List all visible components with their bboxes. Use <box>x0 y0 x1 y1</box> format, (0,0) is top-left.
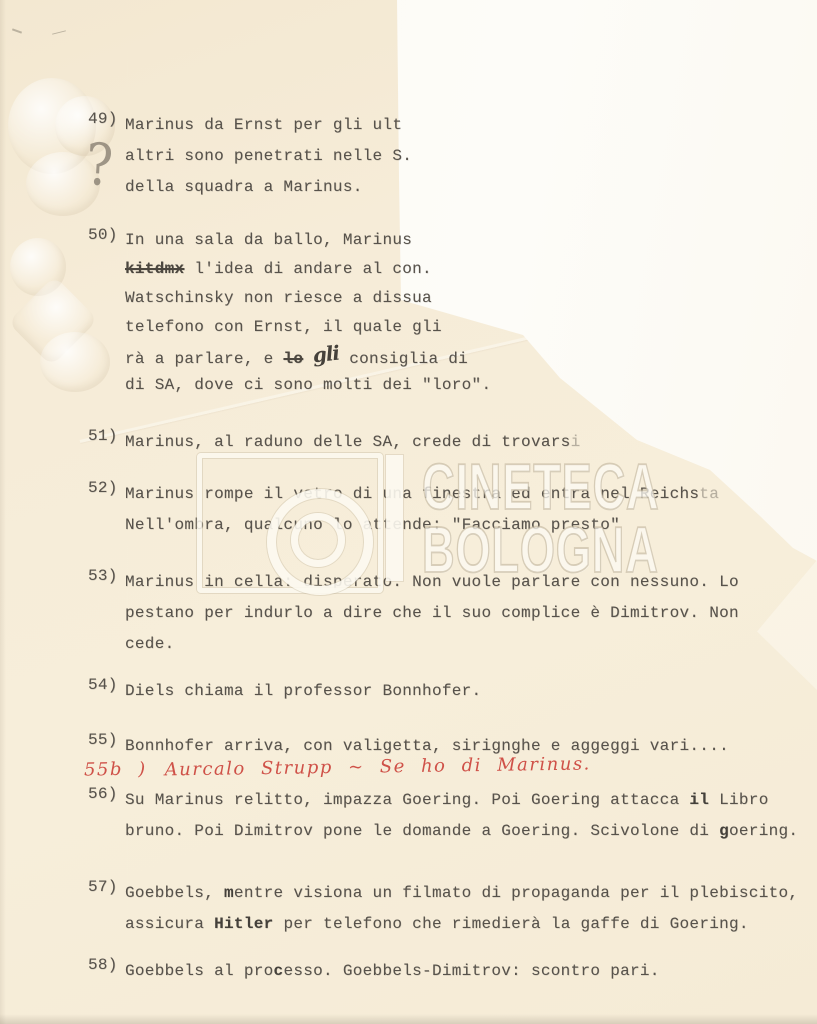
typed-line: Marinus da Ernst per gli ult <box>125 110 412 141</box>
typed-line: altri sono penetrati nelle S. <box>125 141 412 172</box>
scene-text: Marinus da Ernst per gli ultaltri sono p… <box>125 110 412 203</box>
segment-text: Aurcalo Strupp ~ Se ho di Marinus. <box>165 753 591 780</box>
segment-text: altri sono penetrati nelle S. <box>125 147 412 165</box>
scene-number: 52) <box>88 479 125 541</box>
segment-text: assicura <box>125 915 214 933</box>
typed-line: pestano per indurlo a dire che il suo co… <box>125 598 739 629</box>
typed-line: Aurcalo Strupp ~ Se ho di Marinus. <box>165 752 591 782</box>
typed-line: assicura Hitler per telefono che rimedie… <box>125 909 798 940</box>
segment-bold: c <box>274 962 284 980</box>
typed-line: Nell'ombra, qualcuno lo attende: "Faccia… <box>125 510 719 541</box>
segment-text: Marinus in cella: disperato. Non vuole p… <box>125 573 739 591</box>
segment-text: rà a parlare, e <box>125 350 283 368</box>
scan-edge-shadow-bottom <box>0 1014 817 1024</box>
segment-text: pestano per indurlo a dire che il suo co… <box>125 604 739 622</box>
handwritten-question-mark: ? <box>84 131 114 199</box>
typed-line: kitdmx l'idea di andare al con. <box>125 255 491 284</box>
scene-number: 57) <box>88 878 125 940</box>
typed-line: Diels chiama il professor Bonnhofer. <box>125 676 481 707</box>
typed-line: della squadra a Marinus. <box>125 172 412 203</box>
segment-text: l'idea di andare al con. <box>184 260 432 278</box>
segment-bold: g <box>719 822 729 840</box>
segment-text: consiglia di <box>339 350 468 368</box>
segment-text: Marinus rompe il vetro di una finestra e… <box>125 485 699 503</box>
typed-line: In una sala da ballo, Marinus <box>125 226 491 255</box>
scene-item-52: 52)Marinus rompe il vetro di una finestr… <box>88 479 719 541</box>
typed-line: Su Marinus relitto, impazza Goering. Poi… <box>125 785 798 816</box>
segment-text: per telefono che rimedierà la gaffe di G… <box>274 915 749 933</box>
segment-text: esso. Goebbels-Dimitrov: scontro pari. <box>283 962 659 980</box>
scene-text: Goebbels al processo. Goebbels-Dimitrov:… <box>125 956 660 987</box>
segment-text: bruno. Poi Dimitrov pone le domande a Go… <box>125 822 719 840</box>
scene-item-50: 50)In una sala da ballo, Marinuskitdmx l… <box>88 226 491 400</box>
typed-line: Marinus in cella: disperato. Non vuole p… <box>125 567 739 598</box>
segment-text: cede. <box>125 635 175 653</box>
scene-number: 53) <box>88 567 125 660</box>
typed-line: Marinus rompe il vetro di una finestra e… <box>125 479 719 510</box>
typed-line: Marinus, al raduno delle SA, crede di tr… <box>125 427 580 458</box>
scene-text: Goebbels, mentre visiona un filmato di p… <box>125 878 798 940</box>
scene-item-49: 49)Marinus da Ernst per gli ultaltri son… <box>88 110 412 203</box>
segment-text: Goebbels al pro <box>125 962 274 980</box>
scene-item-57: 57)Goebbels, mentre visiona un filmato d… <box>88 878 798 940</box>
scene-number: 54) <box>88 676 125 707</box>
scene-item-58: 58)Goebbels al processo. Goebbels-Dimitr… <box>88 956 660 987</box>
segment-text: Bonnhofer arriva, con valigetta, sirigng… <box>125 737 729 755</box>
scene-text: Aurcalo Strupp ~ Se ho di Marinus. <box>165 752 591 782</box>
scanned-page: 49)Marinus da Ernst per gli ultaltri son… <box>0 0 817 1024</box>
segment-text: Nell'ombra, qualcuno lo attende: "Faccia… <box>125 516 620 534</box>
scene-text: Marinus rompe il vetro di una finestra e… <box>125 479 719 541</box>
typed-line: di SA, dove ci sono molti dei "loro". <box>125 371 491 400</box>
segment-hand: gli <box>312 339 341 371</box>
segment-text: Libro <box>709 791 768 809</box>
typed-line: bruno. Poi Dimitrov pone le domande a Go… <box>125 816 798 847</box>
segment-text: Diels chiama il professor Bonnhofer. <box>125 682 481 700</box>
scene-item-53: 53)Marinus in cella: disperato. Non vuol… <box>88 567 739 660</box>
scene-number: 56) <box>88 785 125 847</box>
scene-text: Marinus, al raduno delle SA, crede di tr… <box>125 427 580 458</box>
segment-bold: m <box>224 884 234 902</box>
segment-text: Marinus, al raduno delle SA, crede di tr… <box>125 433 571 451</box>
segment-text: Marinus da Ernst per gli ult <box>125 116 402 134</box>
typed-line: cede. <box>125 629 739 660</box>
scene-list: 49)Marinus da Ernst per gli ultaltri son… <box>0 0 817 1024</box>
segment-faded: ta <box>699 485 719 503</box>
scene-item-56: 56)Su Marinus relitto, impazza Goering. … <box>88 785 798 847</box>
scene-item-54: 54)Diels chiama il professor Bonnhofer. <box>88 676 481 707</box>
scene-text: Marinus in cella: disperato. Non vuole p… <box>125 567 739 660</box>
scene-text: Diels chiama il professor Bonnhofer. <box>125 676 481 707</box>
scene-text: In una sala da ballo, Marinuskitdmx l'id… <box>125 226 491 400</box>
segment-text: della squadra a Marinus. <box>125 178 363 196</box>
segment-faded: i <box>571 433 581 451</box>
scene-number: 55b ) <box>84 759 147 784</box>
segment-text: oering. <box>729 822 798 840</box>
segment-strike: kitdmx <box>125 260 184 278</box>
scan-edge-shadow-left <box>0 0 6 1024</box>
segment-text: di SA, dove ci sono molti dei "loro". <box>125 376 491 394</box>
typed-line: Goebbels, mentre visiona un filmato di p… <box>125 878 798 909</box>
typed-line: rà a parlare, e lo gli consiglia di <box>125 342 491 371</box>
segment-text: entre visiona un filmato di propaganda p… <box>234 884 798 902</box>
scene-number: 58) <box>88 956 125 987</box>
segment-text: Goebbels, <box>125 884 224 902</box>
typed-line: Goebbels al processo. Goebbels-Dimitrov:… <box>125 956 660 987</box>
segment-text: Su Marinus relitto, impazza Goering. Poi… <box>125 791 689 809</box>
scene-item-51: 51)Marinus, al raduno delle SA, crede di… <box>88 427 580 458</box>
segment-bold: Hitler <box>214 915 273 933</box>
scene-text: Su Marinus relitto, impazza Goering. Poi… <box>125 785 798 847</box>
typed-line: Watschinsky non riesce a dissua <box>125 284 491 313</box>
scene-number: 55) <box>88 731 125 762</box>
segment-bold: il <box>689 791 709 809</box>
segment-text: telefono con Ernst, il quale gli <box>125 318 442 336</box>
typed-line: telefono con Ernst, il quale gli <box>125 313 491 342</box>
scene-number: 50) <box>88 226 125 400</box>
segment-text: Watschinsky non riesce a dissua <box>125 289 432 307</box>
segment-text: In una sala da ballo, Marinus <box>125 231 412 249</box>
scene-number: 51) <box>88 427 125 458</box>
segment-strike: lo <box>283 350 303 368</box>
